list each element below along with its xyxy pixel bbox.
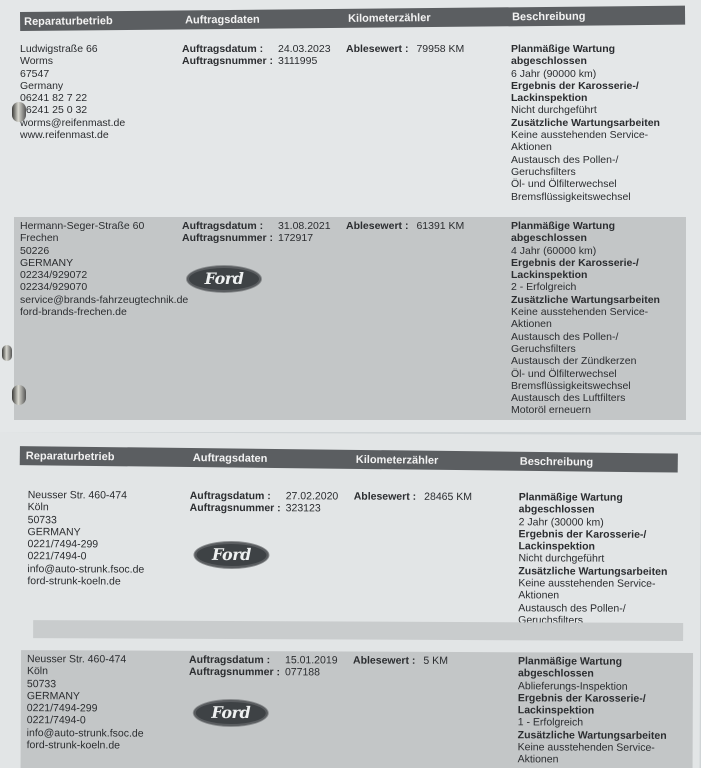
order-date-row: Auftragsdatum :24.03.2023 [182,43,331,55]
description-item: Aktionen [518,590,693,603]
order-date-value: 27.02.2020 [286,490,339,503]
workshop-address: Neusser Str. 460-474Köln50733GERMANY0221… [27,653,144,752]
workshop-address: Neusser Str. 460-474Köln50733GERMANY0221… [27,489,144,588]
service-sheet-2: Reparaturbetrieb Auftragsdaten Kilometer… [0,432,701,768]
address-line: Köln [27,665,144,678]
order-number-label: Auftragsnummer : [182,55,270,67]
address-line: GERMANY [28,526,145,539]
order-date-label: Auftragsdatum : [190,490,278,503]
order-number-row: Auftragsnummer :3111995 [182,55,331,67]
description-heading: Lackinspektion [511,92,686,104]
order-data: Auftragsdatum :31.08.2021Auftragsnummer … [182,220,331,245]
address-line: 50226 [20,245,188,257]
header-description: Beschreibung [520,456,593,469]
reading-label: Ablesewert : [346,43,408,55]
address-line: 0221/7494-0 [27,715,144,728]
website-link[interactable]: www.reifenmast.de [20,129,125,141]
description-item: Aktionen [511,141,686,153]
description-item: 6 Jahr (90000 km) [511,68,686,80]
address-line: 06241 25 0 32 [20,104,125,116]
order-date-row: Auftragsdatum :31.08.2021 [182,220,331,232]
address-line: 67547 [20,68,125,80]
address-line: 50733 [27,678,144,691]
order-date-row: Auftragsdatum :15.01.2019 [189,654,338,667]
workshop-address: Hermann-Seger-Straße 60Frechen50226GERMA… [20,220,188,318]
email-link[interactable]: worms@reifenmast.de [20,117,125,129]
address-line: Köln [28,501,145,514]
description-heading: Planmäßige Wartung [518,655,693,668]
description-heading: Zusätzliche Wartungsarbeiten [511,294,686,306]
ford-logo-icon: Ford [193,541,269,569]
service-description: Planmäßige Wartungabgeschlossen6 Jahr (9… [511,43,686,203]
description-heading: abgeschlossen [518,668,693,681]
address-line: GERMANY [20,257,188,269]
description-item: Bremsflüssigkeitswechsel [511,380,686,392]
description-item: Aktionen [511,318,686,330]
service-description: Planmäßige Wartungabgeschlossen4 Jahr (6… [511,220,686,417]
binder-ring-icon [2,345,12,361]
order-data: Auftragsdatum :27.02.2020Auftragsnummer … [190,490,339,515]
service-record: Hermann-Seger-Straße 60Frechen50226GERMA… [14,217,686,420]
header-description: Beschreibung [512,11,585,24]
website-link[interactable]: ford-brands-frechen.de [20,306,188,318]
description-heading: abgeschlossen [511,232,686,244]
order-number-value: 323123 [286,503,321,515]
address-line: Neusser Str. 460-474 [27,653,144,666]
order-number-row: Auftragsnummer :077188 [189,666,338,679]
service-record: Ludwigstraße 66Worms67547Germany06241 82… [14,40,686,210]
description-heading: Lackinspektion [511,269,686,281]
description-item: 2 - Erfolgreich [511,281,686,293]
order-data: Auftragsdatum :24.03.2023Auftragsnummer … [182,43,331,68]
reading-label: Ablesewert : [353,655,415,668]
header-odometer: Kilometerzähler [356,454,439,467]
description-item: 2 Jahr (30000 km) [519,516,694,529]
description-heading: Ergebnis der Karosserie-/ [511,80,686,92]
description-item: Öl- und Ölfilterwechsel [511,178,686,190]
description-heading: Zusätzliche Wartungsarbeiten [518,565,693,578]
reading-value: 61391 KM [416,220,464,232]
description-item: Austausch des Pollen-/ [518,602,693,615]
order-data: Auftragsdatum :15.01.2019Auftragsnummer … [189,654,338,679]
description-heading: Zusätzliche Wartungsarbeiten [518,729,693,742]
address-line: Frechen [20,232,188,244]
address-line: Germany [20,80,125,92]
table-header: Reparaturbetrieb Auftragsdaten Kilometer… [20,6,685,31]
order-number-value: 077188 [285,667,320,679]
description-item: Geruchsfilters [511,343,686,355]
reading-label: Ablesewert : [346,220,408,232]
address-line: 02234/929072 [20,269,188,281]
order-date-label: Auftragsdatum : [189,654,277,667]
ford-logo-icon: Ford [193,699,269,727]
reading-label: Ablesewert : [354,491,416,504]
description-item: Austausch des Pollen-/ [511,154,686,166]
ford-logo-icon: Ford [186,265,262,293]
order-number-value: 3111995 [278,55,317,67]
table-header: Reparaturbetrieb Auftragsdaten Kilometer… [20,446,678,472]
order-number-row: Auftragsnummer :323123 [190,502,339,515]
description-heading: Planmäßige Wartung [519,491,694,504]
binder-ring-icon [12,385,26,405]
header-order-data: Auftragsdaten [193,452,268,465]
description-heading: abgeschlossen [511,55,686,67]
order-number-label: Auftragsnummer : [182,232,270,244]
address-line: 0221/7494-299 [27,702,144,715]
service-record: Neusser Str. 460-474Köln50733GERMANY0221… [21,650,694,768]
email-link[interactable]: service@brands-fahrzeugtechnik.de [20,294,188,306]
odometer-reading: Ablesewert :79958 KM [346,43,464,55]
description-item: Nicht durchgeführt [518,553,693,566]
service-description: Planmäßige WartungabgeschlossenAblieferu… [518,655,693,766]
address-line: 50733 [28,514,145,527]
description-item: Aktionen [518,754,693,767]
description-heading: Ergebnis der Karosserie-/ [519,528,694,541]
description-heading: Lackinspektion [518,704,693,717]
description-heading: Planmäßige Wartung [511,43,686,55]
description-item: Bremsflüssigkeitswechsel [511,191,686,203]
header-order-data: Auftragsdaten [185,14,260,27]
address-line: 02234/929070 [20,281,188,293]
description-heading: Planmäßige Wartung [511,220,686,232]
website-link[interactable]: ford-strunk-koeln.de [27,739,144,752]
order-number-value: 172917 [278,232,313,244]
description-heading: Lackinspektion [518,540,693,553]
service-record: Neusser Str. 460-474Köln50733GERMANY0221… [21,486,694,639]
address-line: 0221/7494-299 [27,538,144,551]
order-number-row: Auftragsnummer :172917 [182,232,331,244]
order-date-value: 31.08.2021 [278,220,331,232]
address-line: Neusser Str. 460-474 [28,489,145,502]
description-heading: Ergebnis der Karosserie-/ [518,692,693,705]
description-item: Nicht durchgeführt [511,104,686,116]
description-item: Austausch des Luftfilters [511,392,686,404]
website-link[interactable]: ford-strunk-koeln.de [27,575,144,588]
order-date-label: Auftragsdatum : [182,220,270,232]
description-item: Keine ausstehenden Service- [511,129,686,141]
order-number-label: Auftragsnummer : [190,502,278,515]
odometer-reading: Ablesewert :28465 KM [354,491,472,504]
reading-value: 5 KM [423,655,448,667]
description-heading: abgeschlossen [519,504,694,517]
order-date-label: Auftragsdatum : [182,43,270,55]
description-heading: Ergebnis der Karosserie-/ [511,257,686,269]
email-link[interactable]: info@auto-strunk.fsoc.de [27,727,144,740]
order-date-value: 24.03.2023 [278,43,331,55]
description-item: Keine ausstehenden Service- [511,306,686,318]
description-item: Motoröl erneuern [511,404,686,416]
service-sheet-1: Reparaturbetrieb Auftragsdaten Kilometer… [0,0,701,432]
order-number-label: Auftragsnummer : [189,666,277,679]
address-line: GERMANY [27,690,144,703]
description-item: 1 - Erfolgreich [518,717,693,730]
bleed-through-bar [33,620,683,641]
binder-ring-icon [12,102,26,122]
address-line: Ludwigstraße 66 [20,43,125,55]
description-item: Austausch der Zündkerzen [511,355,686,367]
description-heading: Zusätzliche Wartungsarbeiten [511,117,686,129]
order-date-row: Auftragsdatum :27.02.2020 [190,490,339,503]
description-item: Austausch des Pollen-/ [511,331,686,343]
header-workshop: Reparaturbetrieb [24,15,113,28]
header-odometer: Kilometerzähler [348,12,431,25]
description-item: Keine ausstehenden Service- [518,741,693,754]
reading-value: 79958 KM [416,43,464,55]
address-line: 06241 82 7 22 [20,92,125,104]
odometer-reading: Ablesewert :61391 KM [346,220,464,232]
description-item: Keine ausstehenden Service- [518,577,693,590]
address-line: Worms [20,55,125,67]
description-item: Öl- und Ölfilterwechsel [511,368,686,380]
workshop-address: Ludwigstraße 66Worms67547Germany06241 82… [20,43,125,141]
description-item: 4 Jahr (60000 km) [511,245,686,257]
email-link[interactable]: info@auto-strunk.fsoc.de [27,563,144,576]
address-line: 0221/7494-0 [27,551,144,564]
address-line: Hermann-Seger-Straße 60 [20,220,188,232]
order-date-value: 15.01.2019 [285,654,338,667]
description-item: Ablieferungs-Inspektion [518,680,693,693]
header-workshop: Reparaturbetrieb [26,450,115,463]
service-description: Planmäßige Wartungabgeschlossen2 Jahr (3… [518,491,694,639]
description-item: Geruchsfilters [511,166,686,178]
odometer-reading: Ablesewert :5 KM [353,655,448,668]
reading-value: 28465 KM [424,491,472,504]
